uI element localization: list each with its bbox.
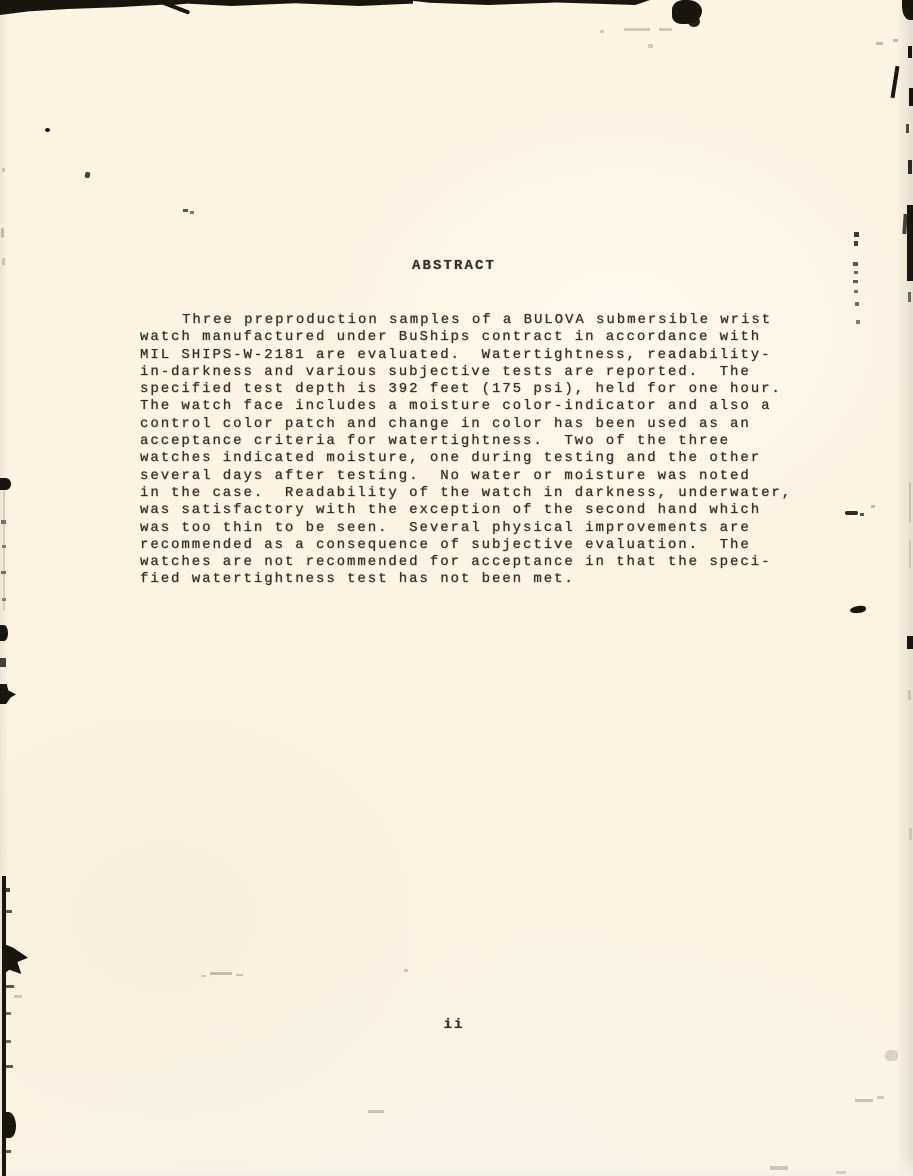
paragraph-line: several days after testing. No water or … xyxy=(140,468,860,485)
scan-mark xyxy=(853,280,858,283)
scan-mark xyxy=(688,16,700,27)
paragraph-line: MIL SHIPS-W-2181 are evaluated. Watertig… xyxy=(140,347,860,364)
scan-mark xyxy=(860,513,864,516)
scan-mark xyxy=(909,88,913,106)
scan-mark xyxy=(5,1012,11,1015)
scan-mark xyxy=(168,0,413,6)
scan-mark xyxy=(893,39,898,42)
scan-mark xyxy=(183,209,188,212)
scan-mark xyxy=(5,1065,13,1068)
scan-mark xyxy=(648,44,653,48)
scan-mark xyxy=(2,1112,16,1138)
scan-mark xyxy=(0,0,178,15)
paragraph-line: specified test depth is 392 feet (175 ps… xyxy=(140,381,860,398)
scan-mark xyxy=(5,888,10,892)
scan-mark xyxy=(908,690,911,700)
scan-mark xyxy=(6,985,14,988)
scan-mark xyxy=(2,258,5,265)
scan-mark xyxy=(0,684,16,704)
scan-mark xyxy=(0,625,8,641)
paragraph-line: Three preproduction samples of a BULOVA … xyxy=(140,312,860,329)
scan-mark xyxy=(854,241,858,246)
scan-mark xyxy=(877,1096,884,1099)
scanned-abstract-page: ABSTRACT Three preproduction samples of … xyxy=(0,0,913,1176)
scan-mark xyxy=(6,1040,11,1043)
scan-mark xyxy=(0,478,11,490)
scan-mark xyxy=(5,1150,11,1153)
scan-mark xyxy=(908,46,912,58)
scan-mark xyxy=(404,969,408,972)
paragraph-line: watches are not recommended for acceptan… xyxy=(140,554,860,571)
paragraph-line: The watch face includes a moisture color… xyxy=(140,398,860,415)
scan-mark xyxy=(770,1166,788,1170)
scan-mark xyxy=(853,262,858,266)
scan-mark xyxy=(871,505,875,508)
scan-mark xyxy=(45,128,50,132)
paragraph-line: in-darkness and various subjective tests… xyxy=(140,364,860,381)
scan-mark xyxy=(850,605,867,614)
scan-mark xyxy=(14,995,22,998)
scan-mark xyxy=(836,1171,846,1174)
scan-mark xyxy=(909,540,911,568)
scan-mark xyxy=(909,482,911,522)
scan-mark xyxy=(190,211,194,214)
scan-mark xyxy=(368,1110,384,1113)
scan-mark xyxy=(624,28,650,31)
scan-mark xyxy=(201,975,206,977)
scan-mark xyxy=(236,974,243,976)
paragraph-line: acceptance criteria for watertightness. … xyxy=(140,433,860,450)
scan-mark xyxy=(5,910,12,913)
scan-mark xyxy=(855,1099,873,1102)
paragraph-line: in the case. Readability of the watch in… xyxy=(140,485,860,502)
paragraph-line: watch manufactured under BuShips contrac… xyxy=(140,329,860,346)
scan-mark xyxy=(908,160,912,174)
scan-mark xyxy=(210,972,232,975)
scan-mark xyxy=(855,302,859,306)
scan-mark xyxy=(907,636,913,649)
scan-mark xyxy=(876,42,883,45)
scan-mark xyxy=(1,228,4,238)
scan-mark xyxy=(0,658,6,667)
scan-mark xyxy=(906,124,909,133)
paragraph-line: was too thin to be seen. Several physica… xyxy=(140,520,860,537)
paragraph-line: watches indicated moisture, one during t… xyxy=(140,450,860,467)
scan-mark xyxy=(907,205,913,281)
abstract-heading: ABSTRACT xyxy=(140,258,768,274)
scan-mark xyxy=(405,0,650,5)
scan-mark xyxy=(84,172,90,179)
scan-mark xyxy=(3,490,5,610)
paragraph-line: recommended as a consequence of subjecti… xyxy=(140,537,860,554)
paragraph-line: fied watertightness test has not been me… xyxy=(140,571,860,588)
paragraph-line: was satisfactory with the exception of t… xyxy=(140,502,860,519)
scan-mark xyxy=(854,271,858,274)
scan-mark xyxy=(4,944,28,974)
scan-mark xyxy=(854,232,859,237)
scan-mark xyxy=(600,30,604,33)
scan-mark xyxy=(908,292,911,302)
scan-mark xyxy=(659,28,672,31)
scan-mark xyxy=(896,0,913,1176)
scan-mark xyxy=(2,168,5,172)
page-number: ii xyxy=(140,1017,768,1033)
scan-mark xyxy=(885,1050,898,1061)
scan-mark xyxy=(909,828,912,840)
abstract-paragraph: Three preproduction samples of a BULOVA … xyxy=(140,312,860,589)
scan-mark xyxy=(854,290,858,293)
paragraph-line: control color patch and change in color … xyxy=(140,416,860,433)
